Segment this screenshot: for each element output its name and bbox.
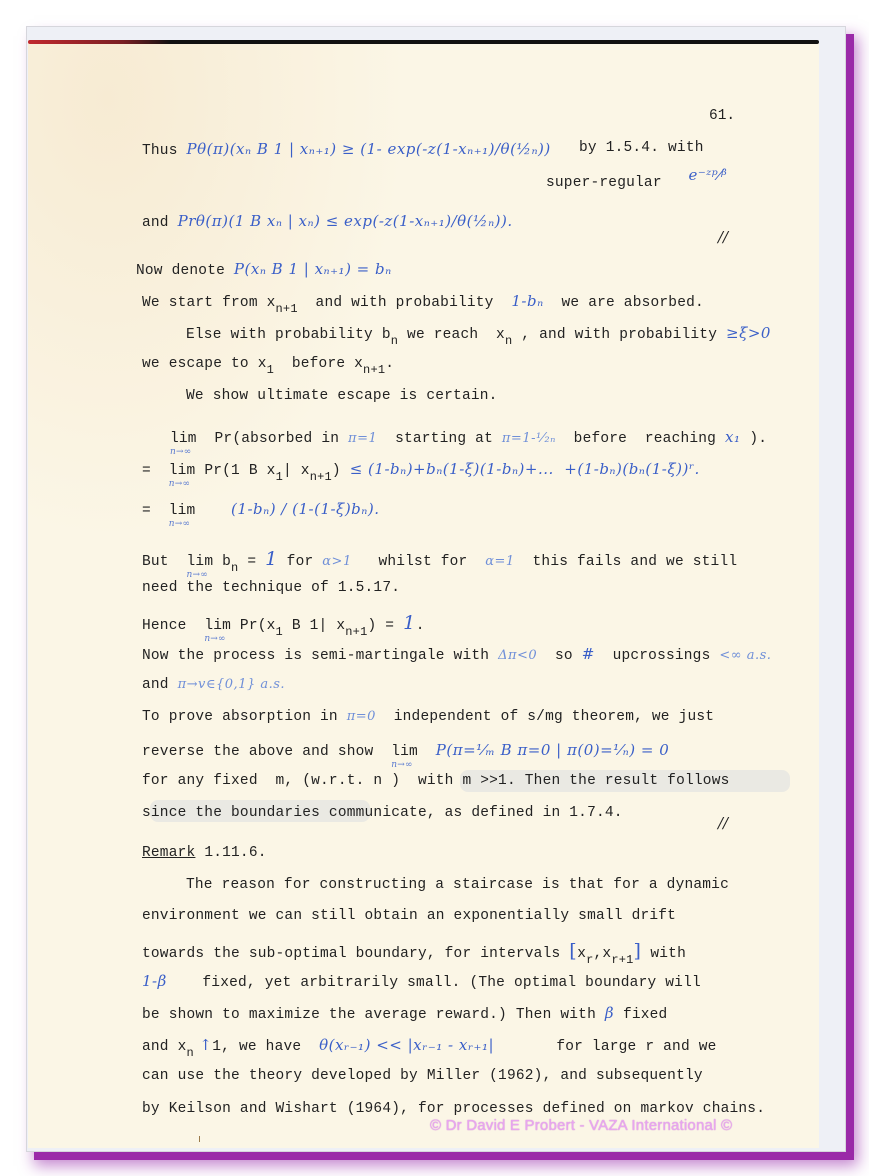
typed-text: b	[213, 554, 231, 570]
subscript: n	[187, 1046, 194, 1060]
handwritten-formula: P(π=¹⁄ₘ B π=0 | π(0)=¹⁄ₙ) = 0	[436, 741, 669, 759]
page-number: 61.	[709, 108, 735, 124]
text-line-now-denote: Now denote P(xₙ B 1 | xₙ₊₁) = bₙ	[136, 260, 392, 279]
typed-text: with	[641, 946, 686, 962]
limit-operator: limn→∞	[170, 431, 197, 447]
lim-text: lim	[391, 744, 418, 760]
limit-operator: limn→∞	[169, 463, 196, 479]
handwritten-formula: Δπ<0	[498, 648, 537, 663]
handwritten-formula: π=1-¹⁄₂ₙ	[502, 431, 556, 446]
paper-mark	[199, 1136, 200, 1142]
typed-text: Now the process is semi-martingale with	[142, 648, 498, 664]
typed-text: for large r and we	[494, 1039, 717, 1055]
text-line-keilson: by Keilson and Wishart (1964), for proce…	[142, 1101, 765, 1117]
text-line-but: But limn→∞ bn = 1 for α>1 whilst for α=1…	[142, 548, 737, 570]
text-line-technique: need the technique of 1.5.17.	[142, 580, 400, 596]
typed-text: super-regular	[546, 175, 662, 191]
text-line-converges: and π→v∈{0,1} a.s.	[142, 677, 285, 693]
typed-text: , and with probability	[512, 327, 726, 343]
typed-text: we are absorbed.	[544, 295, 704, 311]
text-line-lim-absorbed: limn→∞ Pr(absorbed in π=1 starting at π=…	[170, 428, 767, 447]
text-line-super-regular: super-regular e⁻ᶻᵖ⁄ᵝ	[546, 172, 727, 191]
text-line-environment: environment we can still obtain an expon…	[142, 908, 676, 924]
end-of-proof-mark: //	[718, 814, 728, 832]
text-line-thus: Thus Pθ(π)(xₙ B 1 | xₙ₊₁) ≥ (1- exp(-z(1…	[142, 140, 551, 159]
subscript: 1	[276, 625, 283, 639]
typed-text: ) =	[367, 618, 403, 634]
typed-text: Thus	[142, 143, 187, 159]
handwritten-formula: α=1	[485, 554, 514, 569]
text-line-boundaries: since the boundaries communicate, as def…	[142, 805, 623, 821]
typed-text: Pr(1 B x	[195, 463, 275, 479]
typed-text: =	[142, 503, 160, 519]
typed-text: whilst for	[352, 554, 486, 570]
lim-subscript: n→∞	[391, 760, 412, 770]
page-top-edge	[28, 40, 819, 44]
typed-text: reverse the above and show	[142, 744, 391, 760]
typed-text: | x	[283, 463, 310, 479]
subscript: n+1	[345, 625, 367, 639]
handwritten-formula: #	[582, 645, 595, 663]
lim-text: lim	[187, 554, 214, 570]
typed-text: before x	[274, 356, 363, 372]
handwritten-formula: π→v∈{0,1} a.s.	[178, 677, 285, 692]
handwritten-formula: x₁	[725, 428, 740, 446]
text-line-reason: The reason for constructing a staircase …	[186, 877, 729, 893]
handwritten-formula: P(xₙ B 1 | xₙ₊₁) = bₙ	[234, 260, 392, 278]
handwritten-formula: e⁻ᶻᵖ⁄ᵝ	[688, 166, 727, 184]
text-line-else: Else with probability bn we reach xn , a…	[186, 324, 771, 343]
up-arrow-icon: ↑	[194, 1036, 212, 1054]
limit-operator: limn→∞	[391, 744, 418, 760]
handwritten-formula: 1	[403, 612, 416, 634]
handwritten-bracket: [	[569, 940, 577, 962]
handwritten-formula: (1-bₙ) / (1-(1-ξ)bₙ).	[231, 500, 379, 518]
subscript: n	[391, 334, 398, 348]
text-line-lim-ratio: = limn→∞ (1-bₙ) / (1-(1-ξ)bₙ).	[142, 500, 379, 519]
typed-text: independent of s/mg theorem, we just	[376, 709, 714, 725]
subscript: n+1	[363, 363, 385, 377]
handwritten-formula: π=1	[348, 431, 377, 446]
subscript: n	[231, 561, 238, 575]
text-line-miller: can use the theory developed by Miller (…	[142, 1068, 703, 1084]
lim-subscript: n→∞	[169, 479, 190, 489]
handwritten-formula: 1-bₙ	[511, 292, 543, 310]
text-line-and: and Prθ(π)(1 B xₙ | xₙ) ≤ exp(-z(1-xₙ₊₁)…	[142, 212, 513, 231]
subscript: n+1	[310, 470, 332, 484]
limit-operator: limn→∞	[187, 554, 214, 570]
typed-text: and	[142, 215, 178, 231]
copyright-watermark: © Dr David E Probert - VAZA Internationa…	[430, 1117, 732, 1134]
typed-text: x	[577, 946, 586, 962]
typed-text: =	[142, 463, 160, 479]
lim-text: lim	[169, 503, 196, 519]
text-line-lim-pr: = limn→∞ Pr(1 B x1| xn+1) ≤ (1-bₙ)+bₙ(1-…	[142, 460, 700, 479]
handwritten-formula: 1-β	[142, 972, 167, 990]
typed-text: starting at	[377, 431, 502, 447]
handwritten-formula: β	[605, 1004, 614, 1022]
typed-text: B 1| x	[283, 618, 345, 634]
subscript: 1	[276, 470, 283, 484]
handwritten-formula: ≥ξ>0	[726, 324, 771, 342]
text-line-semimartingale: Now the process is semi-martingale with …	[142, 645, 771, 664]
typed-text: and x	[142, 1039, 187, 1055]
typed-text: =	[238, 554, 265, 570]
handwritten-formula: α>1	[322, 554, 351, 569]
text-line-beta: 1-β fixed, yet arbitrarily small. (The o…	[142, 972, 701, 991]
text-line-fixed-m: for any fixed m, (w.r.t. n ) with m >>1.…	[142, 773, 730, 789]
end-of-proof-mark: //	[718, 228, 728, 246]
typed-text: .	[385, 356, 394, 372]
typed-text: Now denote	[136, 263, 234, 279]
limit-operator: limn→∞	[204, 618, 231, 634]
typed-text: we escape to x	[142, 356, 267, 372]
typed-text: But	[142, 554, 187, 570]
typed-text: we reach x	[398, 327, 505, 343]
typed-text: )	[332, 463, 350, 479]
typed-text: fixed	[614, 1007, 667, 1023]
typed-text: ,x	[594, 946, 612, 962]
typed-text: towards the sub-optimal boundary, for in…	[142, 946, 569, 962]
text-line-hence: Hence limn→∞ Pr(x1 B 1| xn+1) = 1.	[142, 612, 425, 634]
text-line-prove-absorption: To prove absorption in π=0 independent o…	[142, 709, 714, 725]
typed-text: Else with probability b	[186, 327, 391, 343]
lim-text: lim	[204, 618, 231, 634]
typed-text: be shown to maximize the average reward.…	[142, 1007, 605, 1023]
typed-text: Pr(x	[231, 618, 276, 634]
remark-heading: Remark 1.11.6.	[142, 845, 267, 861]
text-line-start: We start from xn+1 and with probability …	[142, 292, 704, 311]
subscript: 1	[267, 363, 274, 377]
text-line-large-r: and xn ↑1, we have θ(xᵣ₋₁) << |xᵣ₋₁ - xᵣ…	[142, 1036, 717, 1055]
text-line-ultimate: We show ultimate escape is certain.	[186, 388, 498, 404]
typed-text: upcrossings	[595, 648, 720, 664]
text-line-maximize: be shown to maximize the average reward.…	[142, 1004, 667, 1023]
handwritten-formula: θ(xᵣ₋₁) << |xᵣ₋₁ - xᵣ₊₁|	[319, 1036, 494, 1054]
text-line-towards: towards the sub-optimal boundary, for in…	[142, 940, 686, 962]
handwritten-formula: ≤ (1-bₙ)+bₙ(1-ξ)(1-bₙ)+... +(1-bₙ)(bₙ(1-…	[350, 460, 700, 478]
subscript: n+1	[276, 302, 298, 316]
handwritten-formula: Pθ(π)(xₙ B 1 | xₙ₊₁) ≥ (1- exp(-z(1-xₙ₊₁…	[187, 140, 551, 158]
typed-text: this fails and we still	[515, 554, 738, 570]
subscript: n	[505, 334, 512, 348]
remark-number: 1.11.6.	[195, 845, 266, 861]
text-line-reverse: reverse the above and show limn→∞ P(π=¹⁄…	[142, 741, 669, 760]
lim-text: lim	[170, 431, 197, 447]
typed-text: and	[142, 677, 178, 693]
subscript: r+1	[611, 953, 633, 967]
handwritten-formula: π=0	[347, 709, 376, 724]
typed-text: 1, we have	[212, 1039, 319, 1055]
lim-subscript: n→∞	[204, 634, 225, 644]
lim-subscript: n→∞	[170, 447, 191, 457]
lim-subscript: n→∞	[169, 519, 190, 529]
limit-operator: limn→∞	[169, 503, 196, 519]
typed-text: by 1.5.4. with	[579, 140, 704, 156]
typed-text: Hence	[142, 618, 204, 634]
typed-text: for	[278, 554, 323, 570]
typed-text: fixed, yet arbitrarily small. (The optim…	[167, 975, 701, 991]
handwritten-formula: <∞ a.s.	[719, 648, 771, 663]
typed-text: Pr(absorbed in	[197, 431, 348, 447]
text-line-escape: we escape to x1 before xn+1.	[142, 356, 394, 372]
subscript: r	[586, 953, 593, 967]
typed-text: so	[537, 648, 582, 664]
typed-text: We start from x	[142, 295, 276, 311]
text-line-ref: by 1.5.4. with	[579, 140, 704, 156]
typed-text: ).	[740, 431, 767, 447]
typed-text: .	[416, 618, 425, 634]
typed-text: To prove absorption in	[142, 709, 347, 725]
typed-text: before reaching	[556, 431, 725, 447]
lim-text: lim	[169, 463, 196, 479]
handwritten-formula: Prθ(π)(1 B xₙ | xₙ) ≤ exp(-z(1-xₙ₊₁)/θ(½…	[178, 212, 513, 230]
lim-subscript: n→∞	[187, 570, 208, 580]
handwritten-formula: 1	[265, 548, 278, 570]
remark-label: Remark	[142, 845, 195, 861]
typed-text: and with probability	[298, 295, 512, 311]
